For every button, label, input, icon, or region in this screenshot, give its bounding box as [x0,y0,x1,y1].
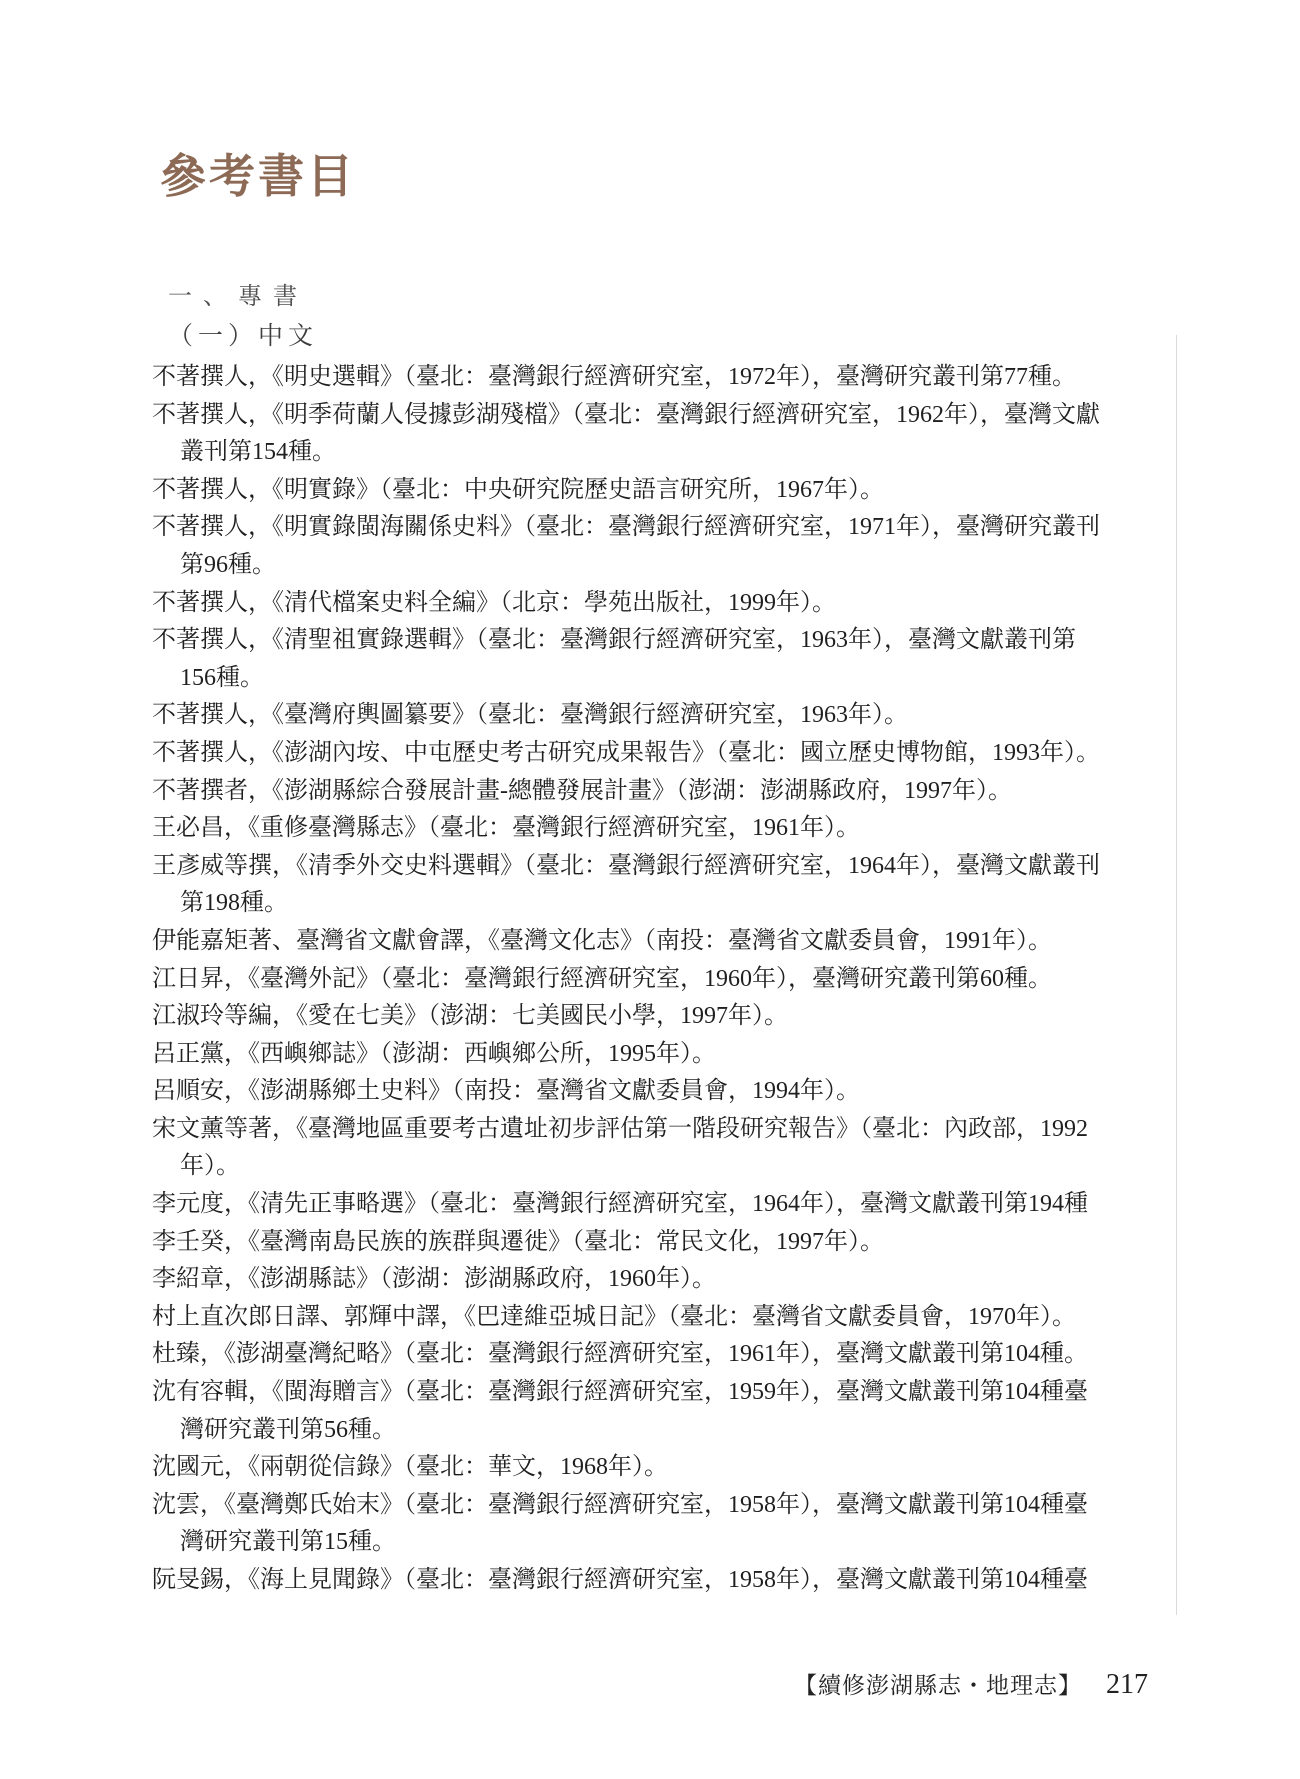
bib-entry-line: 沈國元，《兩朝從信錄》（臺北：華文，1968年）。 [152,1449,1212,1487]
bib-entry-continuation-line: 叢刊第154種。 [152,434,1212,472]
bib-entry-line: 宋文薰等著，《臺灣地區重要考古遺址初步評估第一階段研究報告》（臺北：內政部，19… [152,1111,1212,1149]
bib-entry-line: 江淑玲等編，《愛在七美》（澎湖：七美國民小學，1997年）。 [152,998,1212,1036]
bib-entry-line: 杜臻，《澎湖臺灣紀略》（臺北：臺灣銀行經濟研究室，1961年），臺灣文獻叢刊第1… [152,1336,1212,1374]
bib-entry-line: 不著撰人，《明史選輯》（臺北：臺灣銀行經濟研究室，1972年），臺灣研究叢刊第7… [152,359,1212,397]
bib-entry-line: 伊能嘉矩著、臺灣省文獻會譯，《臺灣文化志》（南投：臺灣省文獻委員會，1991年）… [152,923,1212,961]
bib-entry-continuation-line: 灣研究叢刊第15種。 [152,1524,1212,1562]
bib-entry-continuation-line: 第96種。 [152,547,1212,585]
bib-entry-line: 沈雲，《臺灣鄭氏始末》（臺北：臺灣銀行經濟研究室，1958年），臺灣文獻叢刊第1… [152,1487,1212,1525]
bib-entry-line: 不著撰人，《明實錄》（臺北：中央研究院歷史語言研究所，1967年）。 [152,472,1212,510]
bibliography-list: 不著撰人，《明史選輯》（臺北：臺灣銀行經濟研究室，1972年），臺灣研究叢刊第7… [152,359,1212,1600]
document-page: 參考書目 一、專書 （一）中文 不著撰人，《明史選輯》（臺北：臺灣銀行經濟研究室… [0,0,1300,1779]
bib-entry-line: 江日昇，《臺灣外記》（臺北：臺灣銀行經濟研究室，1960年），臺灣研究叢刊第60… [152,961,1212,999]
bib-entry-line: 不著撰人，《清代檔案史料全編》（北京：學苑出版社，1999年）。 [152,585,1212,623]
bib-entry-line: 不著撰者，《澎湖縣綜合發展計畫-總體發展計畫》（澎湖：澎湖縣政府，1997年）。 [152,773,1212,811]
bib-entry-line: 不著撰人，《明實錄閩海關係史料》（臺北：臺灣銀行經濟研究室，1971年），臺灣研… [152,509,1212,547]
page-title: 參考書目 [160,152,356,203]
bib-entry-continuation-line: 第198種。 [152,885,1212,923]
section-heading-books: 一、專書 [168,283,308,312]
footer-page-number: 217 [1106,1669,1148,1701]
bib-entry-line: 李元度，《清先正事略選》（臺北：臺灣銀行經濟研究室，1964年），臺灣文獻叢刊第… [152,1186,1212,1224]
bib-entry-continuation-line: 灣研究叢刊第56種。 [152,1412,1212,1450]
page-footer: 【續修澎湖縣志・地理志】 217 [794,1667,1148,1701]
bib-entry-line: 李紹章，《澎湖縣誌》（澎湖：澎湖縣政府，1960年）。 [152,1261,1212,1299]
bib-entry-line: 村上直次郎日譯、郭輝中譯，《巴達維亞城日記》（臺北：臺灣省文獻委員會，1970年… [152,1299,1212,1337]
bib-entry-line: 呂順安，《澎湖縣鄉土史料》（南投：臺灣省文獻委員會，1994年）。 [152,1073,1212,1111]
bib-entry-line: 沈有容輯，《閩海贈言》（臺北：臺灣銀行經濟研究室，1959年），臺灣文獻叢刊第1… [152,1374,1212,1412]
bib-entry-continuation-line: 年）。 [152,1148,1212,1186]
bib-entry-line: 不著撰人，《澎湖內垵、中屯歷史考古研究成果報告》（臺北：國立歷史博物館，1993… [152,735,1212,773]
footer-book-title: 【續修澎湖縣志・地理志】 [794,1667,1082,1700]
bib-entry-line: 王彥威等撰，《清季外交史料選輯》（臺北：臺灣銀行經濟研究室，1964年），臺灣文… [152,848,1212,886]
bib-entry-line: 不著撰人，《臺灣府輿圖纂要》（臺北：臺灣銀行經濟研究室，1963年）。 [152,697,1212,735]
page-scan-edge-line [1176,335,1177,1615]
bib-entry-line: 李壬癸，《臺灣南島民族的族群與遷徙》（臺北：常民文化，1997年）。 [152,1224,1212,1262]
bib-entry-line: 不著撰人，《明季荷蘭人侵據彭湖殘檔》（臺北：臺灣銀行經濟研究室，1962年），臺… [152,397,1212,435]
bib-entry-line: 阮旻錫，《海上見聞錄》（臺北：臺灣銀行經濟研究室，1958年），臺灣文獻叢刊第1… [152,1562,1212,1600]
subsection-heading-chinese: （一）中文 [168,321,318,351]
bib-entry-line: 呂正黨，《西嶼鄉誌》（澎湖：西嶼鄉公所，1995年）。 [152,1036,1212,1074]
bib-entry-line: 王必昌，《重修臺灣縣志》（臺北：臺灣銀行經濟研究室，1961年）。 [152,810,1212,848]
bib-entry-continuation-line: 156種。 [152,660,1212,698]
bib-entry-line: 不著撰人，《清聖祖實錄選輯》（臺北：臺灣銀行經濟研究室，1963年），臺灣文獻叢… [152,622,1212,660]
